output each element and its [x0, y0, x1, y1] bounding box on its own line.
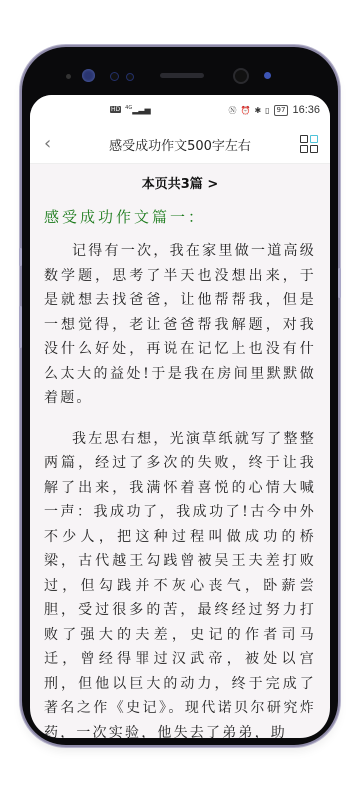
camera-icon	[233, 68, 249, 84]
power-button	[338, 268, 341, 298]
camera-flash-icon	[264, 72, 271, 79]
back-button[interactable]: ‹	[44, 134, 64, 154]
nav-bar: ‹ 感受成功作文500字左右	[30, 125, 330, 164]
hd-icon: HD	[110, 106, 121, 113]
phone-top-bezel	[22, 47, 338, 95]
page-title: 感受成功作文500字左右	[70, 135, 290, 154]
volume-button	[19, 248, 22, 266]
page-count-link[interactable]: 本页共3篇 >	[30, 173, 330, 192]
phone-frame: HD 4G▂▃▅ Ⓝ ⏰ ✱ ▯ 97 16:36 ‹ 感受成功作文500字左右	[22, 47, 338, 745]
volume-button	[19, 306, 22, 348]
paragraph: 我左思右想，光演草纸就写了整整两篇，经过了多次的失败，终于让我解了出来，我满怀着…	[44, 427, 316, 739]
grid-icon	[310, 135, 318, 143]
alarm-icon: ⏰	[240, 106, 250, 115]
paragraph: 记得有一次，我在家里做一道高级数学题，思考了半天也没想出来，于是就想去找爸爸，让…	[44, 239, 316, 411]
network-type-label: 4G	[125, 105, 132, 111]
sensor-icon	[66, 74, 71, 79]
grid-icon	[300, 135, 308, 143]
chevron-left-icon: ‹	[44, 133, 51, 154]
front-camera-icon	[82, 69, 95, 82]
article-content: 本页共3篇 > 感受成功作文篇一： 记得有一次，我在家里做一道高级数学题，思考了…	[30, 164, 330, 738]
essay-title: 感受成功作文篇一：	[44, 206, 330, 227]
status-bar: HD 4G▂▃▅ Ⓝ ⏰ ✱ ▯ 97 16:36	[30, 95, 330, 125]
vibrate-icon: ▯	[265, 106, 269, 115]
clock: 16:36	[292, 104, 320, 116]
battery-icon: 97	[274, 105, 289, 116]
grid-icon	[300, 145, 308, 153]
grid-icon	[310, 145, 318, 153]
screen: HD 4G▂▃▅ Ⓝ ⏰ ✱ ▯ 97 16:36 ‹ 感受成功作文500字左右	[30, 95, 330, 738]
grid-menu-button[interactable]	[300, 135, 318, 153]
bluetooth-icon: ✱	[254, 106, 261, 115]
sensor-icon	[126, 73, 134, 81]
nfc-icon: Ⓝ	[228, 105, 236, 116]
earpiece-speaker	[160, 73, 204, 78]
sensor-icon	[110, 72, 119, 81]
signal-icon: 4G▂▃▅	[125, 105, 151, 115]
